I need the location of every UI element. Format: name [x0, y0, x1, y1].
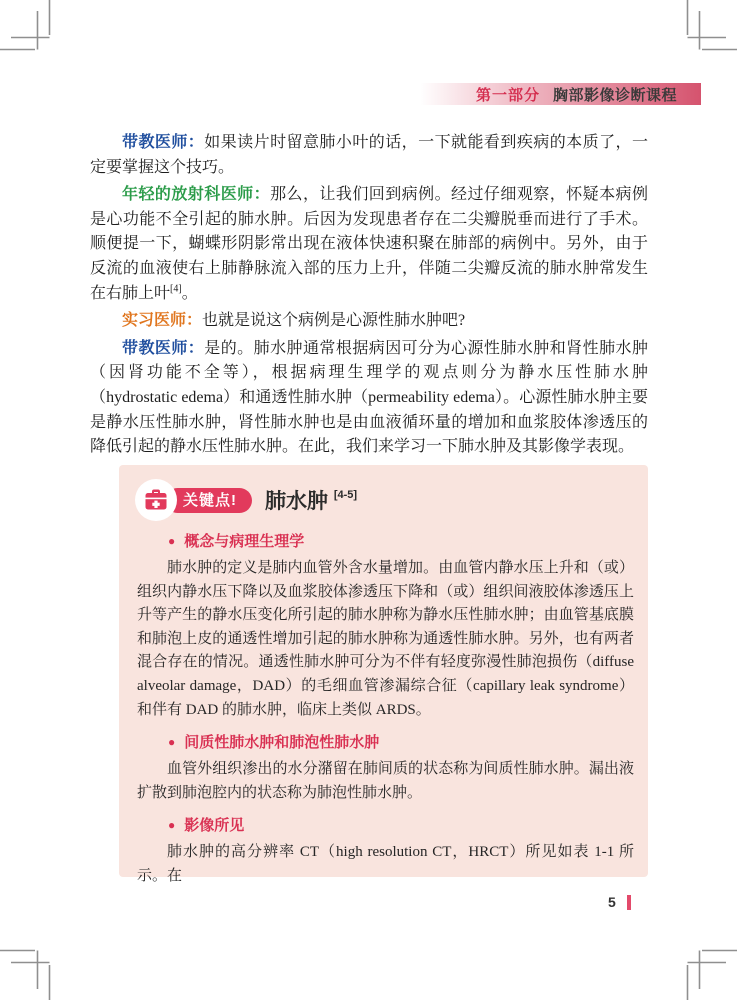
dialogue-paragraph: 实习医师：也就是说这个病例是心源性肺水肿吧? [90, 309, 648, 334]
crop-mark-top-right [677, 0, 737, 60]
keypoint-title-reference: [4-5] [334, 489, 357, 501]
speaker-label: 实习医师： [122, 312, 202, 329]
section-heading: ●影像所见 [137, 814, 634, 835]
speaker-label: 年轻的放射科医师： [122, 186, 270, 203]
first-aid-kit-icon [135, 479, 177, 521]
page-number-bar [627, 895, 631, 910]
crop-mark-bottom-right [677, 940, 737, 1000]
bullet-icon: ● [168, 735, 175, 749]
section-heading: ●概念与病理生理学 [137, 530, 634, 551]
speaker-label: 带教医师： [122, 340, 204, 357]
dialogue-paragraph: 带教医师：如果读片时留意肺小叶的话，一下就能看到疾病的本质了，一定要掌握这个技巧… [90, 131, 648, 180]
page-footer: 5 [608, 894, 631, 910]
dialogue-paragraph: 带教医师：是的。肺水肿通常根据病因可分为心源性肺水肿和肾性肺水肿（因肾功能不全等… [90, 337, 648, 460]
part-label: 第一部分 [476, 84, 540, 105]
keypoint-box: 关键点! 肺水肿 [4-5] ●概念与病理生理学肺水肿的定义是肺内血管外含水量增… [119, 465, 648, 877]
keypoint-header: 关键点! 肺水肿 [4-5] [135, 479, 634, 521]
keypoint-badge: 关键点! [165, 488, 252, 513]
section-paragraph: 肺水肿的高分辨率 CT（high resolution CT，HRCT）所见如表… [137, 841, 634, 888]
keypoint-sections: ●概念与病理生理学肺水肿的定义是肺内血管外含水量增加。由血管内静水压上升和（或）… [137, 530, 634, 889]
page-number: 5 [608, 894, 616, 910]
reference-marker: [4] [170, 283, 182, 294]
dialogue-paragraph: 年轻的放射科医师：那么，让我们回到病例。经过仔细观察，怀疑本病例是心功能不全引起… [90, 183, 648, 306]
book-page: { "header": { "part_label": "第一部分", "tit… [0, 0, 737, 1000]
dialogue: 带教医师：如果读片时留意肺小叶的话，一下就能看到疾病的本质了，一定要掌握这个技巧… [90, 131, 648, 463]
section-paragraph: 血管外组织渗出的水分潴留在肺间质的状态称为间质性肺水肿。漏出液扩散到肺泡腔内的状… [137, 758, 634, 805]
bullet-icon: ● [168, 534, 175, 548]
section-paragraph: 肺水肿的定义是肺内血管外含水量增加。由血管内静水压上升和（或）组织内静水压下降以… [137, 557, 634, 722]
speaker-label: 带教医师： [122, 134, 204, 151]
crop-mark-top-left [0, 0, 60, 60]
keypoint-title: 肺水肿 [4-5] [265, 485, 357, 515]
section-heading: ●间质性肺水肿和肺泡性肺水肿 [137, 731, 634, 752]
chapter-title: 胸部影像诊断课程 [553, 84, 677, 105]
crop-mark-bottom-left [0, 940, 60, 1000]
keypoint-title-text: 肺水肿 [265, 490, 328, 513]
page-header-banner: 第一部分 胸部影像诊断课程 [420, 83, 701, 105]
bullet-icon: ● [168, 818, 175, 832]
